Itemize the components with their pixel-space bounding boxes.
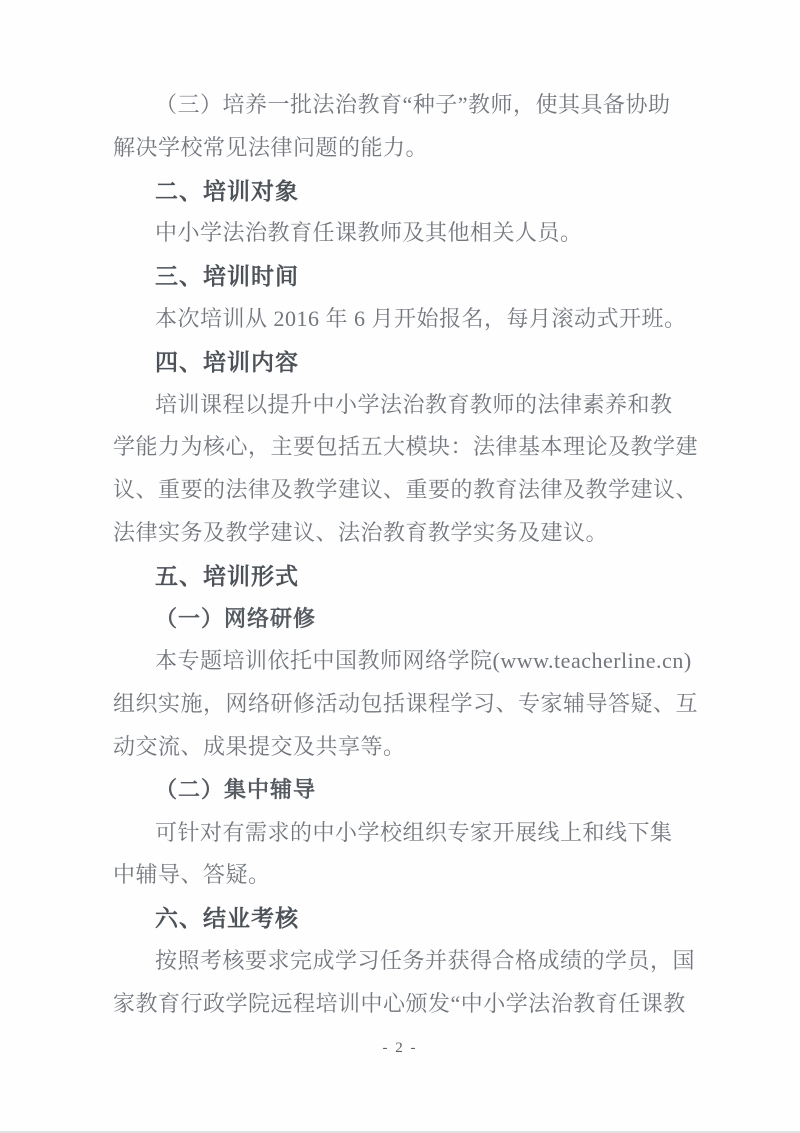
text-line: 议、重要的法律及教学建议、重要的教育法律及教学建议、: [113, 469, 689, 512]
section-heading-completion-assessment: 六、结业考核: [113, 897, 689, 940]
text-line: 学能力为核心，主要包括五大模块：法律基本理论及教学建: [113, 426, 689, 469]
text-line: 动交流、成果提交及共享等。: [113, 726, 689, 769]
text-line: 组织实施，网络研修活动包括课程学习、专家辅导答疑、互: [113, 683, 689, 726]
section-heading-training-form: 五、培训形式: [113, 555, 689, 598]
page-number: - 2 -: [0, 1040, 800, 1057]
text-line: 按照考核要求完成学习任务并获得合格成绩的学员，国: [113, 940, 689, 983]
subsection-heading-online-study: （一）网络研修: [113, 598, 689, 641]
text-line: 可针对有需求的中小学校组织专家开展线上和线下集: [113, 812, 689, 855]
text-line: 中辅导、答疑。: [113, 854, 689, 897]
subsection-heading-centralized-tutoring: （二）集中辅导: [113, 769, 689, 812]
section-heading-training-content: 四、培训内容: [113, 341, 689, 384]
document-body: （三）培养一批法治教育“种子”教师，使其具备协助 解决学校常见法律问题的能力。 …: [113, 84, 689, 1026]
text-line: 家教育行政学院远程培训中心颁发“中小学法治教育任课教: [113, 983, 689, 1026]
document-page: （三）培养一批法治教育“种子”教师，使其具备协助 解决学校常见法律问题的能力。 …: [0, 0, 800, 1133]
text-line: 本次培训从 2016 年 6 月开始报名，每月滚动式开班。: [113, 298, 689, 341]
text-line: 培训课程以提升中小学法治教育教师的法律素养和教: [113, 384, 689, 427]
section-heading-training-time: 三、培训时间: [113, 255, 689, 298]
text-line: 本专题培训依托中国教师网络学院(www.teacherline.cn): [113, 640, 689, 683]
section-heading-training-target: 二、培训对象: [113, 170, 689, 213]
text-line: 法律实务及教学建议、法治教育教学实务及建议。: [113, 512, 689, 555]
text-line: 解决学校常见法律问题的能力。: [113, 127, 689, 170]
text-line: （三）培养一批法治教育“种子”教师，使其具备协助: [113, 84, 689, 127]
text-line: 中小学法治教育任课教师及其他相关人员。: [113, 212, 689, 255]
